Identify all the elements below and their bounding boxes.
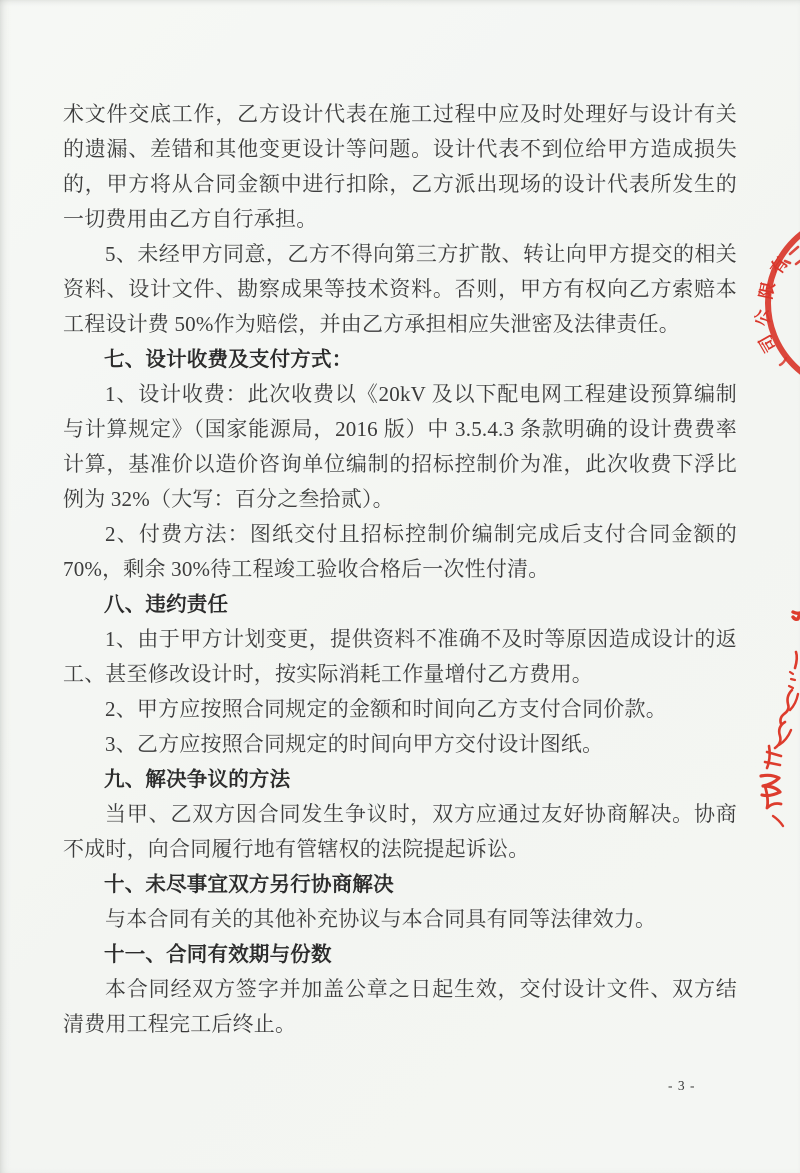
document-page: 术文件交底工作，乙方设计代表在施工过程中应及时处理好与设计有关的遗漏、差错和其他…	[0, 0, 800, 1173]
section-heading: 八、违约责任	[63, 587, 737, 622]
stamp-char: 公	[752, 308, 774, 328]
section-heading: 十一、合同有效期与份数	[63, 937, 737, 972]
paragraph: 1、设计收费：此次收费以《20kV 及以下配电网工程建设预算编制与计算规定》（国…	[63, 377, 737, 517]
paragraph: 当甲、乙双方因合同发生争议时，双方应通过友好协商解决。协商不成时，向合同履行地有…	[63, 797, 737, 867]
company-seal-stamp: 有 限 公 司	[752, 212, 800, 392]
section-heading: 九、解决争议的方法	[63, 762, 737, 797]
red-handwriting-annotation	[755, 590, 800, 850]
stamp-icon: 有 限 公 司	[752, 212, 800, 392]
paragraph: 2、甲方应按照合同规定的金额和时间向乙方支付合同价款。	[63, 692, 737, 727]
handwriting-icon	[755, 590, 800, 850]
paragraph: 本合同经双方签字并加盖公章之日起生效，交付设计文件、双方结清费用工程完工后终止。	[63, 972, 737, 1042]
paragraph: 3、乙方应按照合同规定的时间向甲方交付设计图纸。	[63, 727, 737, 762]
paragraph: 与本合同有关的其他补充协议与本合同具有同等法律效力。	[63, 902, 737, 937]
contract-body: 术文件交底工作，乙方设计代表在施工过程中应及时处理好与设计有关的遗漏、差错和其他…	[63, 97, 737, 1042]
section-heading: 十、未尽事宜双方另行协商解决	[63, 867, 737, 902]
paragraph: 术文件交底工作，乙方设计代表在施工过程中应及时处理好与设计有关的遗漏、差错和其他…	[63, 97, 737, 237]
stamp-char: 限	[756, 280, 778, 301]
section-heading: 七、设计收费及支付方式：	[63, 342, 737, 377]
page-number: - 3 -	[668, 1078, 696, 1094]
paragraph: 1、由于甲方计划变更，提供资料不准确不及时等原因造成设计的返工、甚至修改设计时，…	[63, 622, 737, 692]
paragraph: 2、付费方法：图纸交付且招标控制价编制完成后支付合同金额的 70%，剩余 30%…	[63, 517, 737, 587]
paragraph: 5、未经甲方同意，乙方不得向第三方扩散、转让向甲方提交的相关资料、设计文件、勘察…	[63, 237, 737, 342]
